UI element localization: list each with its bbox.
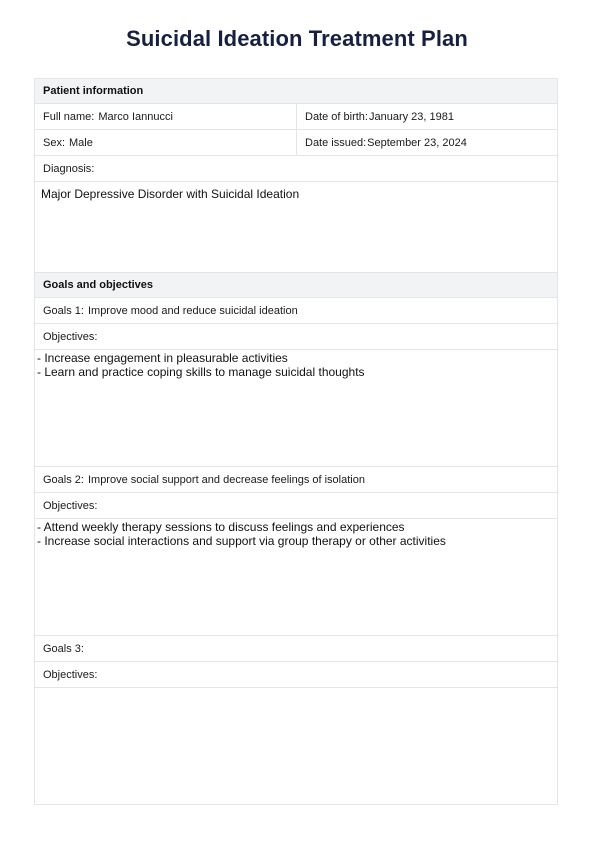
diagnosis-row: Major Depressive Disorder with Suicidal … <box>35 182 557 273</box>
goal-2-objectives-row: - Attend weekly therapy sessions to disc… <box>35 519 557 636</box>
diagnosis-textarea[interactable]: Major Depressive Disorder with Suicidal … <box>35 182 557 272</box>
full-name-value: Marco Iannucci <box>98 111 173 123</box>
goal-1-objective-1: - Increase engagement in pleasurable act… <box>37 352 557 366</box>
goal-2-objective-2: - Increase social interactions and suppo… <box>37 535 557 549</box>
name-dob-row: Full name: Marco Iannucci Date of birth:… <box>35 104 557 130</box>
goal-3-objectives-label: Objectives: <box>35 662 557 687</box>
date-of-birth-field[interactable]: Date of birth: January 23, 1981 <box>296 104 557 129</box>
goal-2-label: Goals 2: <box>43 474 84 486</box>
goal-2-objectives-textarea[interactable]: - Attend weekly therapy sessions to disc… <box>35 519 557 635</box>
goal-1-objectives-row: - Increase engagement in pleasurable act… <box>35 350 557 467</box>
goal-1-objectives-textarea[interactable]: - Increase engagement in pleasurable act… <box>35 350 557 466</box>
goal-3-objectives-label-row: Objectives: <box>35 662 557 688</box>
goal-2-objectives-label-row: Objectives: <box>35 493 557 519</box>
goal-3-label: Goals 3: <box>43 643 84 655</box>
full-name-label: Full name: <box>43 111 94 123</box>
diagnosis-label: Diagnosis: <box>35 156 557 181</box>
section-header-patient-information: Patient information <box>35 79 557 104</box>
goal-3-objectives-row <box>35 688 557 804</box>
goal-2-value: Improve social support and decrease feel… <box>88 474 365 486</box>
goal-1-label: Goals 1: <box>43 305 84 317</box>
sex-label: Sex: <box>43 137 65 149</box>
sex-field[interactable]: Sex: Male <box>35 130 296 155</box>
date-of-birth-label: Date of birth: <box>305 111 368 123</box>
goal-1-value: Improve mood and reduce suicidal ideatio… <box>88 305 298 317</box>
date-issued-value: September 23, 2024 <box>367 137 467 149</box>
goal-1-field[interactable]: Goals 1: Improve mood and reduce suicida… <box>35 298 557 323</box>
sex-value: Male <box>69 137 93 149</box>
diagnosis-label-row: Diagnosis: <box>35 156 557 182</box>
goal-1-objectives-label-row: Objectives: <box>35 324 557 350</box>
goal-1-objective-2: - Learn and practice coping skills to ma… <box>37 366 557 380</box>
goal-2-row: Goals 2: Improve social support and decr… <box>35 467 557 493</box>
goal-3-row: Goals 3: <box>35 636 557 662</box>
goal-2-objective-1: - Attend weekly therapy sessions to disc… <box>37 521 557 535</box>
goal-2-objectives-label: Objectives: <box>35 493 557 518</box>
goal-3-objectives-textarea[interactable] <box>35 688 557 804</box>
full-name-field[interactable]: Full name: Marco Iannucci <box>35 104 296 129</box>
date-of-birth-value: January 23, 1981 <box>369 111 454 123</box>
treatment-plan-form: Patient information Full name: Marco Ian… <box>34 78 558 805</box>
section-header-goals-and-objectives: Goals and objectives <box>35 273 557 298</box>
sex-date-issued-row: Sex: Male Date issued: September 23, 202… <box>35 130 557 156</box>
goal-1-row: Goals 1: Improve mood and reduce suicida… <box>35 298 557 324</box>
goal-3-field[interactable]: Goals 3: <box>35 636 557 661</box>
date-issued-field[interactable]: Date issued: September 23, 2024 <box>296 130 557 155</box>
document-title: Suicidal Ideation Treatment Plan <box>0 26 594 52</box>
goal-1-objectives-label: Objectives: <box>35 324 557 349</box>
goal-2-field[interactable]: Goals 2: Improve social support and decr… <box>35 467 557 492</box>
date-issued-label: Date issued: <box>305 137 366 149</box>
